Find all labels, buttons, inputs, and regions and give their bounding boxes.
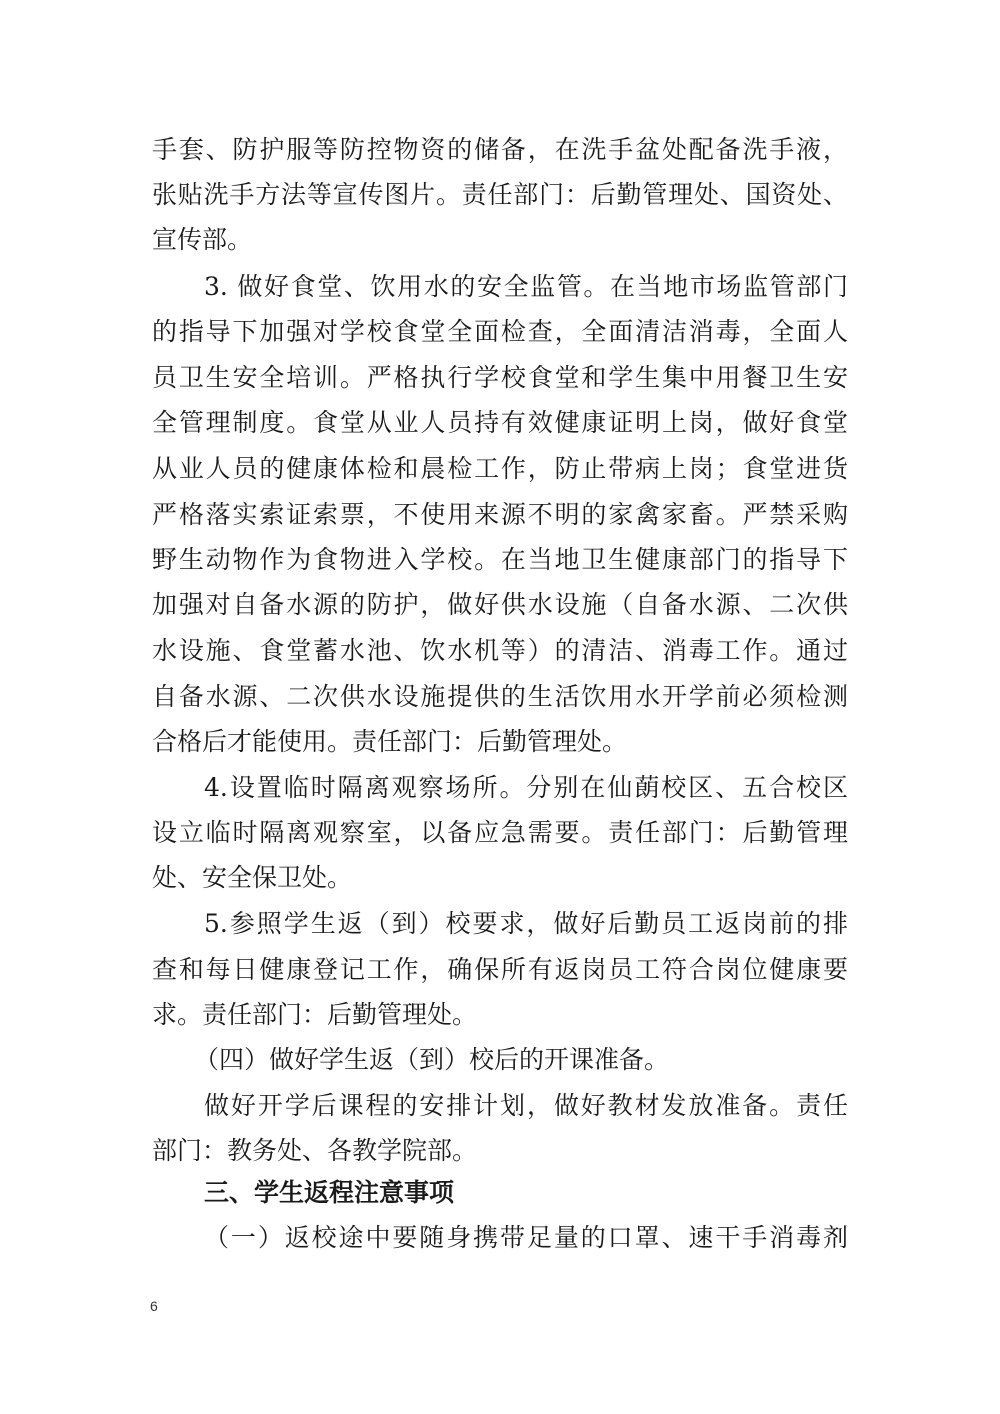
text-line: 张贴洗手方法等宣传图片。责任部门：后勤管理处、国资处、 [152, 175, 848, 215]
text-line: 加强对自备水源的防护，做好供水设施（自备水源、二次供 [152, 585, 848, 625]
text-line: （四）做好学生返（到）校后的开课准备。 [194, 1040, 848, 1080]
text-line: 3. 做好食堂、饮用水的安全监管。在当地市场监管部门 [204, 267, 848, 307]
text-line: （一）返校途中要随身携带足量的口罩、速干手消毒剂 [204, 1218, 848, 1258]
text-line: 设立临时隔离观察室，以备应急需要。责任部门：后勤管理 [152, 813, 848, 853]
text-line: 全管理制度。食堂从业人员持有效健康证明上岗，做好食堂 [152, 403, 848, 443]
text-line: 求。责任部门：后勤管理处。 [152, 995, 848, 1035]
text-line: 部门：教务处、各教学院部。 [152, 1131, 848, 1171]
text-line: 做好开学后课程的安排计划，做好教材发放准备。责任 [204, 1086, 848, 1126]
section-heading: 三、学生返程注意事项 [204, 1173, 848, 1213]
text-line: 员卫生安全培训。严格执行学校食堂和学生集中用餐卫生安 [152, 358, 848, 398]
text-line: 4.设置临时隔离观察场所。分别在仙蓢校区、五合校区 [204, 768, 848, 808]
text-line: 查和每日健康登记工作，确保所有返岗员工符合岗位健康要 [152, 950, 848, 990]
text-line: 自备水源、二次供水设施提供的生活饮用水开学前必须检测 [152, 677, 848, 717]
page-number: 6 [150, 1298, 158, 1314]
text-line: 手套、防护服等防控物资的储备，在洗手盆处配备洗手液， [152, 130, 848, 170]
text-line: 野生动物作为食物进入学校。在当地卫生健康部门的指导下 [152, 540, 848, 580]
text-line: 从业人员的健康体检和晨检工作，防止带病上岗；食堂进货 [152, 449, 848, 489]
text-line: 水设施、食堂蓄水池、饮水机等）的清洁、消毒工作。通过 [152, 631, 848, 671]
text-line: 的指导下加强对学校食堂全面检查，全面清洁消毒，全面人 [152, 312, 848, 352]
text-line: 严格落实索证索票，不使用来源不明的家禽家畜。严禁采购 [152, 495, 848, 535]
text-line: 宣传部。 [152, 220, 848, 260]
text-line: 处、安全保卫处。 [152, 858, 848, 898]
text-line: 合格后才能使用。责任部门：后勤管理处。 [152, 722, 848, 762]
text-line: 5.参照学生返（到）校要求，做好后勤员工返岗前的排 [204, 904, 848, 944]
document-page: 手套、防护服等防控物资的储备，在洗手盆处配备洗手液，张贴洗手方法等宣传图片。责任… [0, 0, 1000, 1414]
